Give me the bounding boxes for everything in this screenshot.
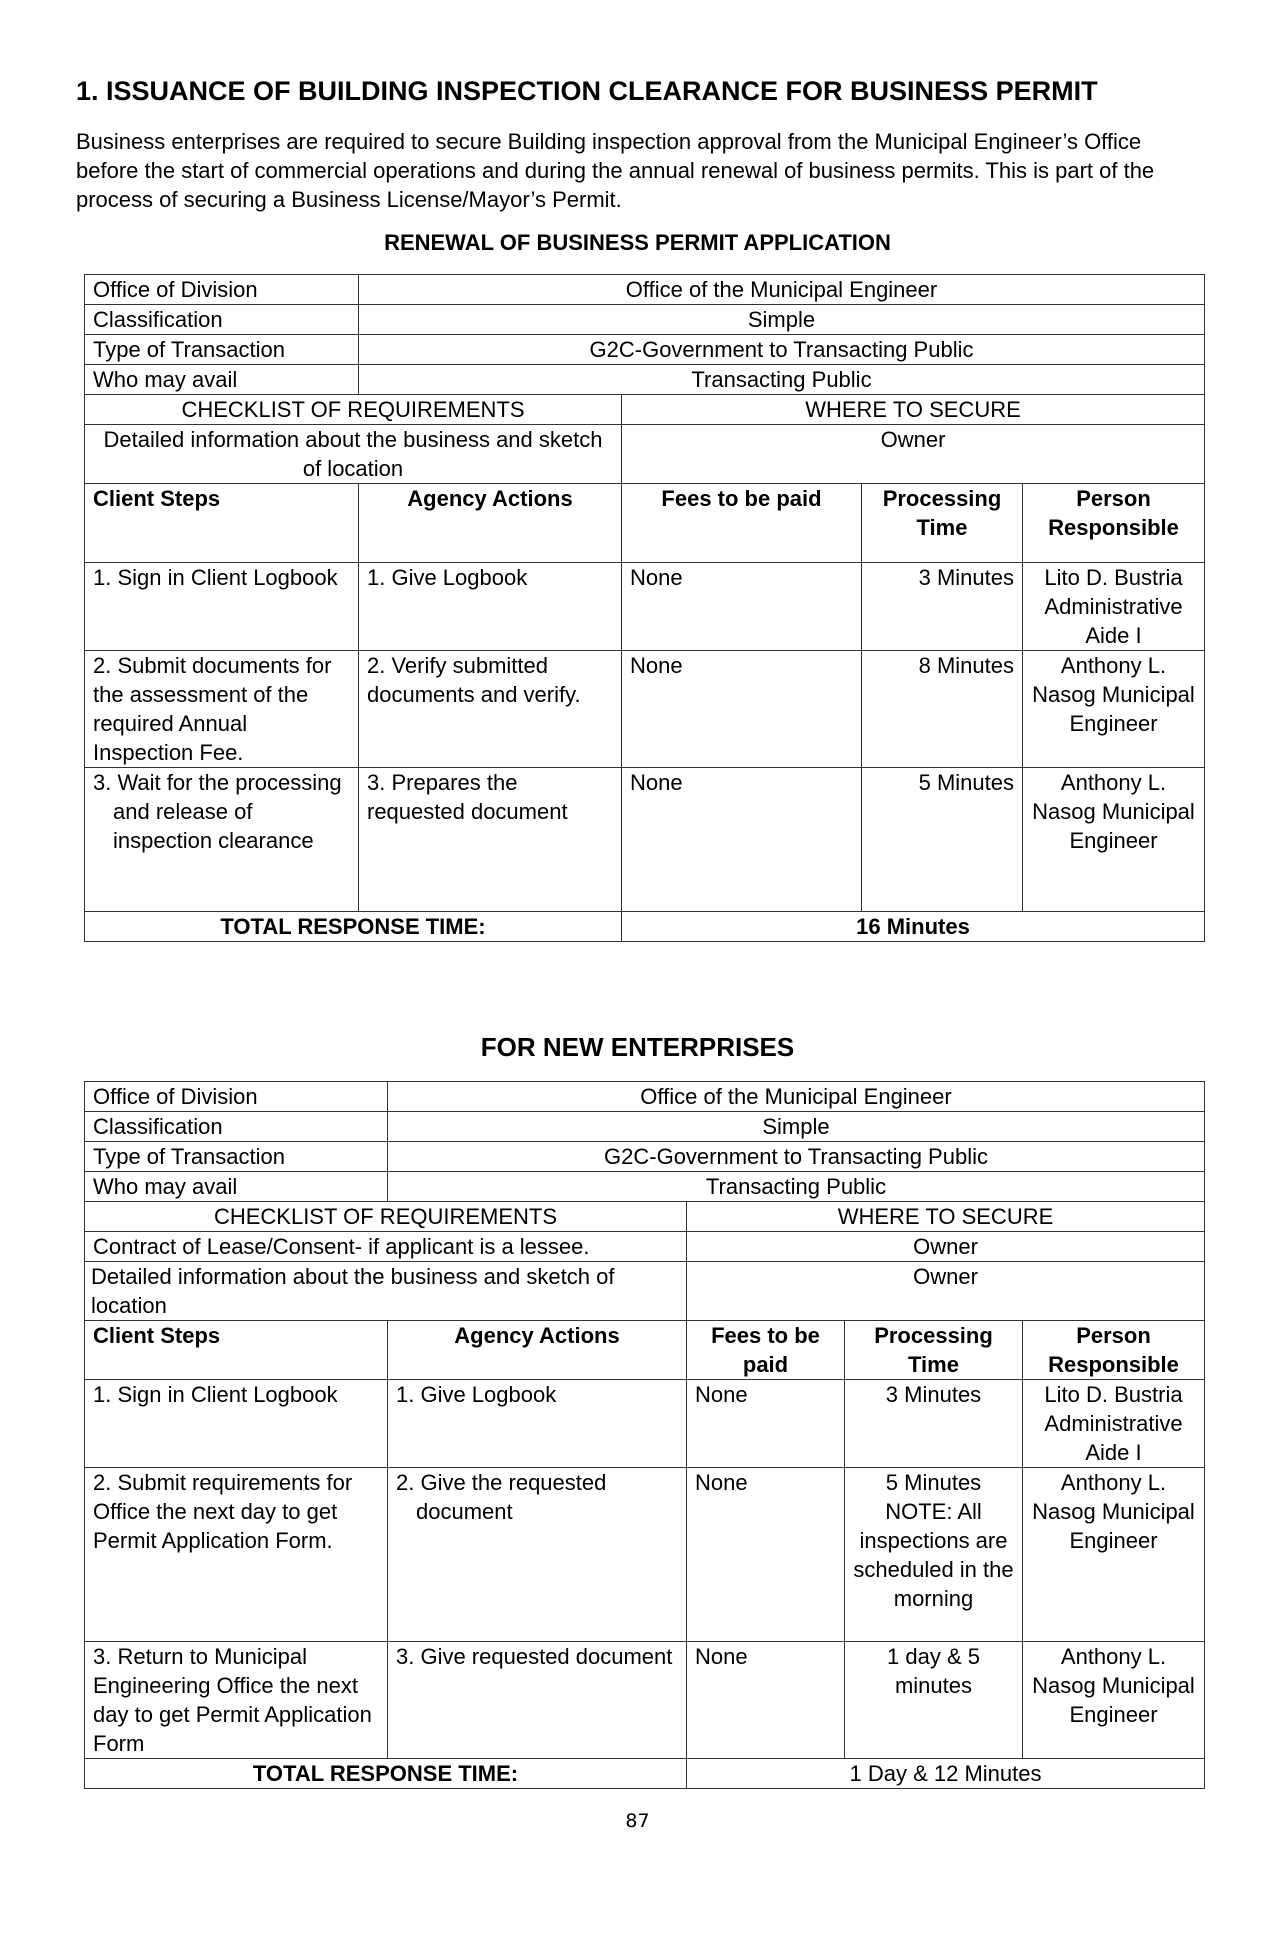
step-row: 3. Wait for the processing and release o… (85, 768, 1205, 912)
column-header-row: Client Steps Agency Actions Fees to be p… (85, 484, 1205, 563)
info-value: Simple (388, 1112, 1205, 1142)
page-number: 87 (0, 1810, 1275, 1832)
total-value: 1 Day & 12 Minutes (687, 1759, 1205, 1789)
checklist-header-row: CHECKLIST OF REQUIREMENTS WHERE TO SECUR… (85, 1202, 1205, 1232)
renewal-heading: RENEWAL OF BUSINESS PERMIT APPLICATION (0, 230, 1275, 256)
info-label: Office of Division (85, 275, 359, 305)
col-processing-time: Processing Time (845, 1321, 1023, 1380)
requirement-where: Owner (622, 425, 1205, 484)
requirement-where: Owner (687, 1262, 1205, 1321)
col-fees: Fees to be paid (687, 1321, 845, 1380)
total-value: 16 Minutes (622, 912, 1205, 942)
total-row: TOTAL RESPONSE TIME: 16 Minutes (85, 912, 1205, 942)
info-row: Who may avail Transacting Public (85, 365, 1205, 395)
checklist-header-row: CHECKLIST OF REQUIREMENTS WHERE TO SECUR… (85, 395, 1205, 425)
col-fees: Fees to be paid (622, 484, 862, 563)
info-label: Classification (85, 305, 359, 335)
info-row: Type of Transaction G2C-Government to Tr… (85, 1142, 1205, 1172)
col-person-responsible: Person Responsible (1023, 1321, 1205, 1380)
processing-time: 5 Minutes (862, 768, 1023, 912)
processing-time: 8 Minutes (862, 651, 1023, 768)
requirement-row: Detailed information about the business … (85, 1262, 1205, 1321)
person-responsible: Lito D. Bustria Administrative Aide I (1023, 1380, 1205, 1468)
where-header: WHERE TO SECURE (687, 1202, 1205, 1232)
col-client-steps: Client Steps (85, 484, 359, 563)
requirement-where: Owner (687, 1232, 1205, 1262)
step-row: 1. Sign in Client Logbook 1. Give Logboo… (85, 1380, 1205, 1468)
info-value: Transacting Public (388, 1172, 1205, 1202)
info-label: Classification (85, 1112, 388, 1142)
info-row: Office of Division Office of the Municip… (85, 1082, 1205, 1112)
requirement-item: Contract of Lease/Consent- if applicant … (85, 1232, 687, 1262)
info-value: G2C-Government to Transacting Public (388, 1142, 1205, 1172)
client-step: 3. Return to Municipal Engineering Offic… (85, 1642, 388, 1759)
agency-action: 3. Prepares the requested document (359, 768, 622, 912)
new-enterprises-heading: FOR NEW ENTERPRISES (0, 1032, 1275, 1063)
col-processing-time: Processing Time (862, 484, 1023, 563)
step-row: 1. Sign in Client Logbook 1. Give Logboo… (85, 563, 1205, 651)
info-row: Classification Simple (85, 1112, 1205, 1142)
intro-paragraph: Business enterprises are required to sec… (76, 127, 1196, 214)
fee: None (622, 651, 862, 768)
info-value: Simple (359, 305, 1205, 335)
processing-time: 3 Minutes (862, 563, 1023, 651)
info-value: Office of the Municipal Engineer (359, 275, 1205, 305)
client-step: 1. Sign in Client Logbook (85, 1380, 388, 1468)
requirement-item: Detailed information about the business … (85, 425, 622, 484)
info-row: Classification Simple (85, 305, 1205, 335)
info-row: Office of Division Office of the Municip… (85, 275, 1205, 305)
person-responsible: Anthony L. Nasog Municipal Engineer (1023, 1642, 1205, 1759)
col-person-responsible: Person Responsible (1023, 484, 1205, 563)
requirement-item: Detailed information about the business … (85, 1262, 687, 1321)
info-row: Who may avail Transacting Public (85, 1172, 1205, 1202)
requirement-row: Contract of Lease/Consent- if applicant … (85, 1232, 1205, 1262)
processing-time: 1 day & 5 minutes (845, 1642, 1023, 1759)
client-step: 3. Wait for the processing and release o… (85, 768, 359, 912)
person-responsible: Anthony L. Nasog Municipal Engineer (1023, 768, 1205, 912)
agency-action: 2. Verify submitted documents and verify… (359, 651, 622, 768)
person-responsible: Anthony L. Nasog Municipal Engineer (1023, 651, 1205, 768)
col-client-steps: Client Steps (85, 1321, 388, 1380)
agency-action: 3. Give requested document (388, 1642, 687, 1759)
new-enterprises-table: Office of Division Office of the Municip… (84, 1081, 1205, 1789)
renewal-table: Office of Division Office of the Municip… (84, 274, 1205, 942)
info-label: Office of Division (85, 1082, 388, 1112)
step-row: 2. Submit documents for the assessment o… (85, 651, 1205, 768)
client-step: 2. Submit documents for the assessment o… (85, 651, 359, 768)
info-value: Office of the Municipal Engineer (388, 1082, 1205, 1112)
col-agency-actions: Agency Actions (388, 1321, 687, 1380)
total-row: TOTAL RESPONSE TIME: 1 Day & 12 Minutes (85, 1759, 1205, 1789)
col-agency-actions: Agency Actions (359, 484, 622, 563)
info-value: Transacting Public (359, 365, 1205, 395)
fee: None (687, 1642, 845, 1759)
info-label: Who may avail (85, 365, 359, 395)
processing-time: 3 Minutes (845, 1380, 1023, 1468)
step-row: 3. Return to Municipal Engineering Offic… (85, 1642, 1205, 1759)
where-header: WHERE TO SECURE (622, 395, 1205, 425)
info-row: Type of Transaction G2C-Government to Tr… (85, 335, 1205, 365)
fee: None (622, 563, 862, 651)
requirement-row: Detailed information about the business … (85, 425, 1205, 484)
checklist-header: CHECKLIST OF REQUIREMENTS (85, 395, 622, 425)
checklist-header: CHECKLIST OF REQUIREMENTS (85, 1202, 687, 1232)
fee: None (687, 1380, 845, 1468)
fee: None (687, 1468, 845, 1642)
agency-action: 2. Give the requested document (388, 1468, 687, 1642)
agency-action: 1. Give Logbook (388, 1380, 687, 1468)
info-label: Who may avail (85, 1172, 388, 1202)
step-row: 2. Submit requirements for Office the ne… (85, 1468, 1205, 1642)
section-title: 1. ISSUANCE OF BUILDING INSPECTION CLEAR… (76, 76, 1098, 107)
column-header-row: Client Steps Agency Actions Fees to be p… (85, 1321, 1205, 1380)
agency-action: 1. Give Logbook (359, 563, 622, 651)
client-step: 2. Submit requirements for Office the ne… (85, 1468, 388, 1642)
info-value: G2C-Government to Transacting Public (359, 335, 1205, 365)
person-responsible: Lito D. Bustria Administrative Aide I (1023, 563, 1205, 651)
total-label: TOTAL RESPONSE TIME: (85, 912, 622, 942)
fee: None (622, 768, 862, 912)
info-label: Type of Transaction (85, 1142, 388, 1172)
info-label: Type of Transaction (85, 335, 359, 365)
processing-time: 5 Minutes NOTE: All inspections are sche… (845, 1468, 1023, 1642)
person-responsible: Anthony L. Nasog Municipal Engineer (1023, 1468, 1205, 1642)
total-label: TOTAL RESPONSE TIME: (85, 1759, 687, 1789)
client-step: 1. Sign in Client Logbook (85, 563, 359, 651)
